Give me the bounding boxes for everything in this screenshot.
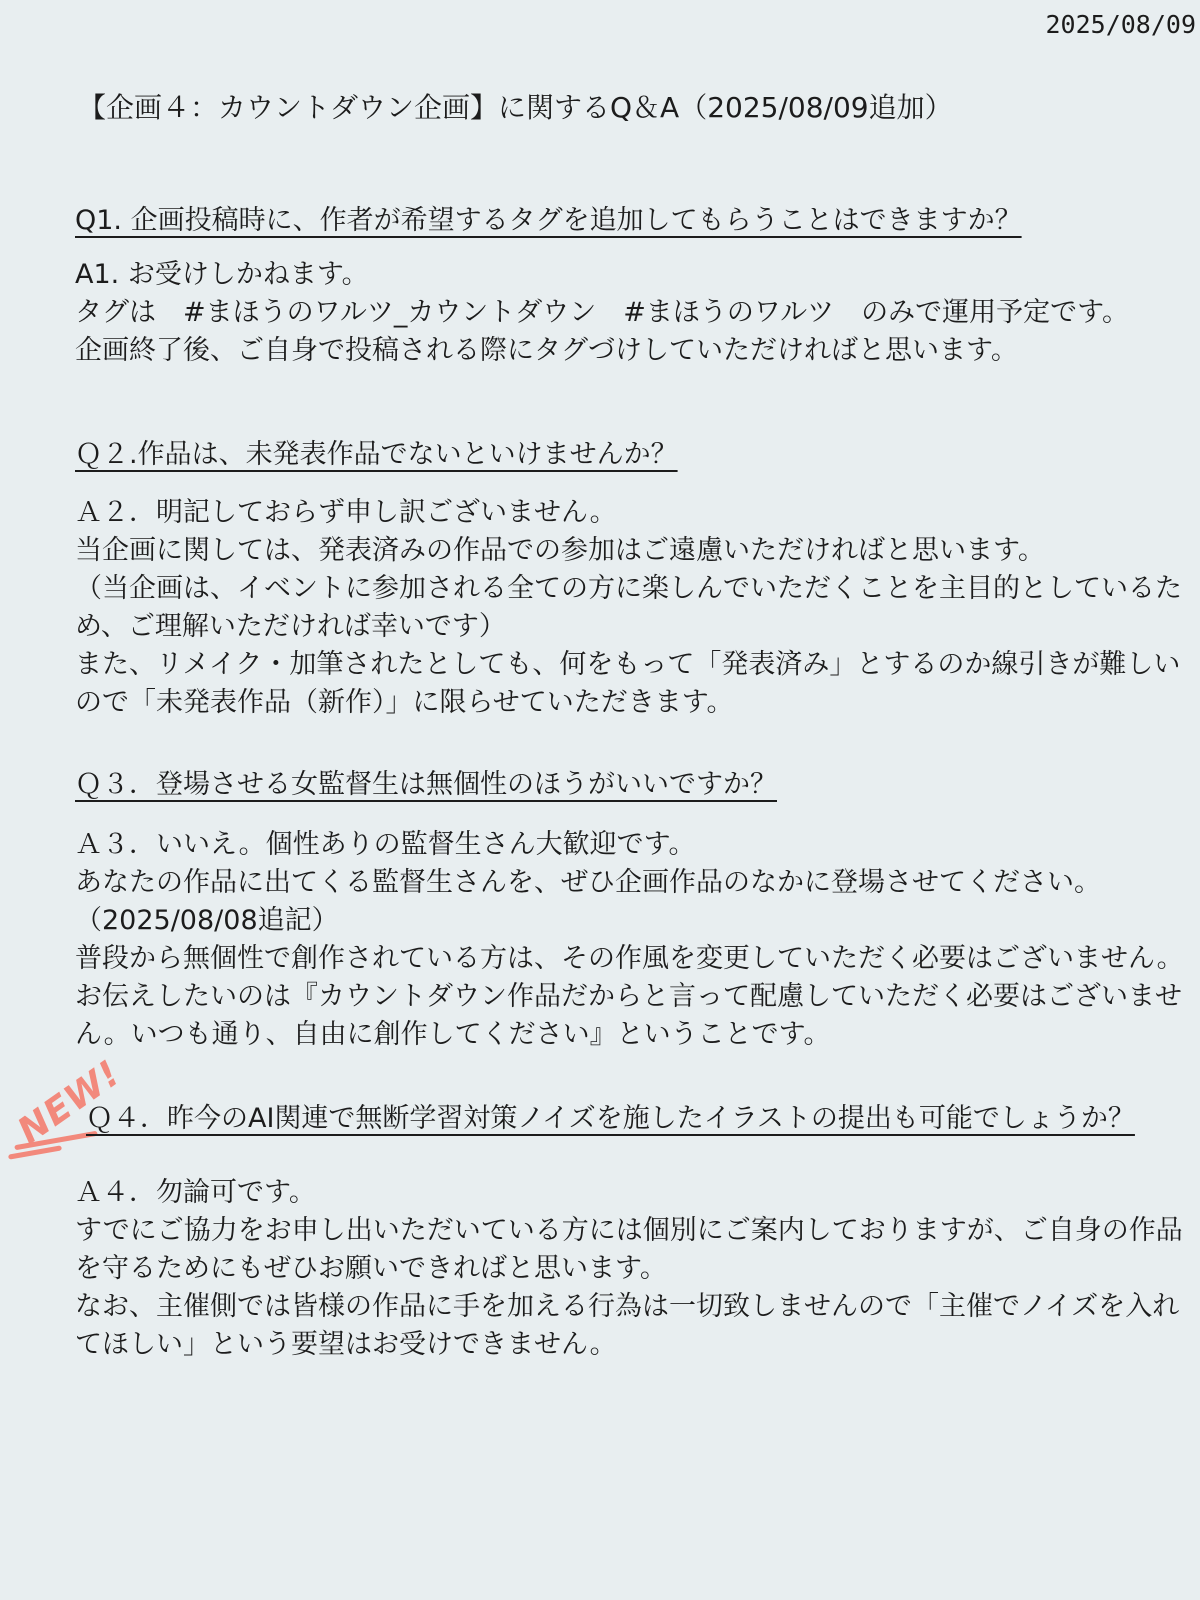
- question-2: Ｑ２.作品は、未発表作品でないといけませんか？: [75, 432, 678, 471]
- answer-1: A1. お受けしかねます。 タグは #まほうのワルツ_カウントダウン #まほうの…: [75, 256, 1190, 370]
- question-4: Ｑ４．昨今のAI関連で無断学習対策ノイズを施したイラストの提出も可能でしょうか？: [86, 1096, 1135, 1135]
- qa-document-page: 2025/08/09 【企画４：カウントダウン企画】に関するQ＆A（2025/0…: [0, 0, 1200, 1600]
- page-title: 【企画４：カウントダウン企画】に関するQ＆A（2025/08/09追加）: [78, 86, 953, 126]
- new-badge-underline-icon: [8, 1145, 62, 1159]
- question-1: Q1. 企画投稿時に、作者が希望するタグを追加してもらうことはできますか？: [75, 198, 1022, 237]
- answer-3: Ａ３．いいえ。個性ありの監督生さん大歓迎です。 あなたの作品に出てくる監督生さん…: [75, 826, 1190, 1054]
- document-date: 2025/08/09: [1045, 10, 1196, 39]
- answer-2: Ａ２．明記しておらず申し訳ございません。 当企画に関しては、発表済みの作品での参…: [75, 494, 1190, 722]
- answer-4: Ａ４．勿論可です。 すでにご協力をお申し出いただいている方には個別にご案内してお…: [75, 1174, 1190, 1364]
- question-3: Ｑ３．登場させる女監督生は無個性のほうがいいですか？: [75, 762, 777, 801]
